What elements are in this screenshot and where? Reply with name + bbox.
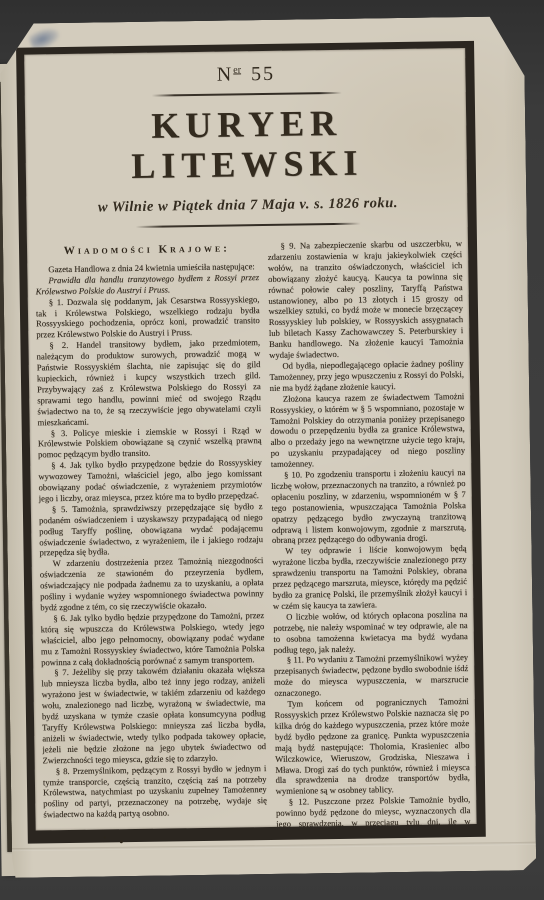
- masthead: Ner55 KURYER LITEWSKI w Wilnie w Piątek …: [32, 60, 461, 229]
- page-content: Ner55 KURYER LITEWSKI w Wilnie w Piątek …: [24, 48, 476, 830]
- divider-rule-bottom: [136, 223, 361, 228]
- fold-crease: [12, 842, 536, 851]
- article-paragraph: O liczbie wołów, od których opłacona pos…: [273, 609, 468, 656]
- article-paragraph: § 4. Jak tylko bydło przypędzone będzie …: [38, 457, 262, 504]
- issue-prefix: N: [217, 63, 234, 85]
- article-paragraph: § 2. Handel transitowy bydłem, jako prze…: [36, 337, 261, 428]
- issue-number: Ner55: [32, 60, 459, 89]
- article-paragraph: Złożona kaucya razem ze świadectwem Tamo…: [270, 391, 465, 470]
- issue-superscript: er: [233, 65, 241, 76]
- left-column: Wiadomości Krajowe: Gazeta Handlowa z dn…: [35, 241, 268, 830]
- ink-speck: [120, 840, 123, 843]
- article-paragraph: § 9. Na zabezpieczenie skarbu od uszczer…: [268, 238, 464, 361]
- dateline: w Wilnie w Piątek dnia 7 Maja v. s. 1826…: [34, 194, 461, 217]
- page-background: Ner55 KURYER LITEWSKI w Wilnie w Piątek …: [0, 0, 544, 900]
- article-paragraph: Tym końcem od pogranicznych Tamożni Ross…: [274, 696, 470, 797]
- article-paragraph: § 6. Jak tylko bydło będzie przypędzone …: [40, 610, 264, 668]
- article-paragraph: Od bydła, niepodlegającego opłacie żadne…: [269, 358, 464, 394]
- issue-value: 55: [251, 63, 275, 85]
- divider-rule-top: [151, 92, 341, 97]
- masthead-title: KURYER LITEWSKI: [33, 101, 461, 187]
- article-paragraph: W zdarzeniu dostrzeżenia przez Tamożnią …: [40, 555, 264, 613]
- article-paragraph: § 11. Po wydaniu z Tamożni przemyślnikow…: [274, 652, 469, 699]
- article-paragraph: § 3. Policye mieskie i ziemskie w Rossyi…: [38, 425, 262, 461]
- printed-frame: Ner55 KURYER LITEWSKI w Wilnie w Piątek …: [16, 41, 486, 844]
- article-paragraph: W tey odprawie i liście konwojowym będą …: [272, 543, 467, 611]
- article-paragraph: § 10. Po zgodzeniu transportu i złożeniu…: [271, 467, 466, 546]
- article-paragraph: § 1. Dozwala się poddanym, jak Cesarstwa…: [36, 294, 260, 341]
- section-heading: Wiadomości Krajowe:: [35, 243, 259, 257]
- ink-speck: [104, 836, 106, 838]
- right-column: § 9. Na zabezpieczenie skarbu od uszczer…: [268, 238, 471, 830]
- article-paragraph: § 7. Jeżeliby się przy takowém działaniu…: [41, 665, 266, 766]
- article-paragraph: § 12. Puszczone przez Polskie Tamożnie b…: [276, 794, 471, 830]
- article-paragraph: § 5. Tamożnia, sprawdziwszy przepędzając…: [39, 501, 263, 559]
- article-paragraph: § 8. Przemyślnikom, pędzącym z Rossyi by…: [43, 763, 267, 821]
- article-columns: Wiadomości Krajowe: Gazeta Handlowa z dn…: [35, 238, 471, 830]
- newspaper-page: Ner55 KURYER LITEWSKI w Wilnie w Piątek …: [0, 16, 536, 878]
